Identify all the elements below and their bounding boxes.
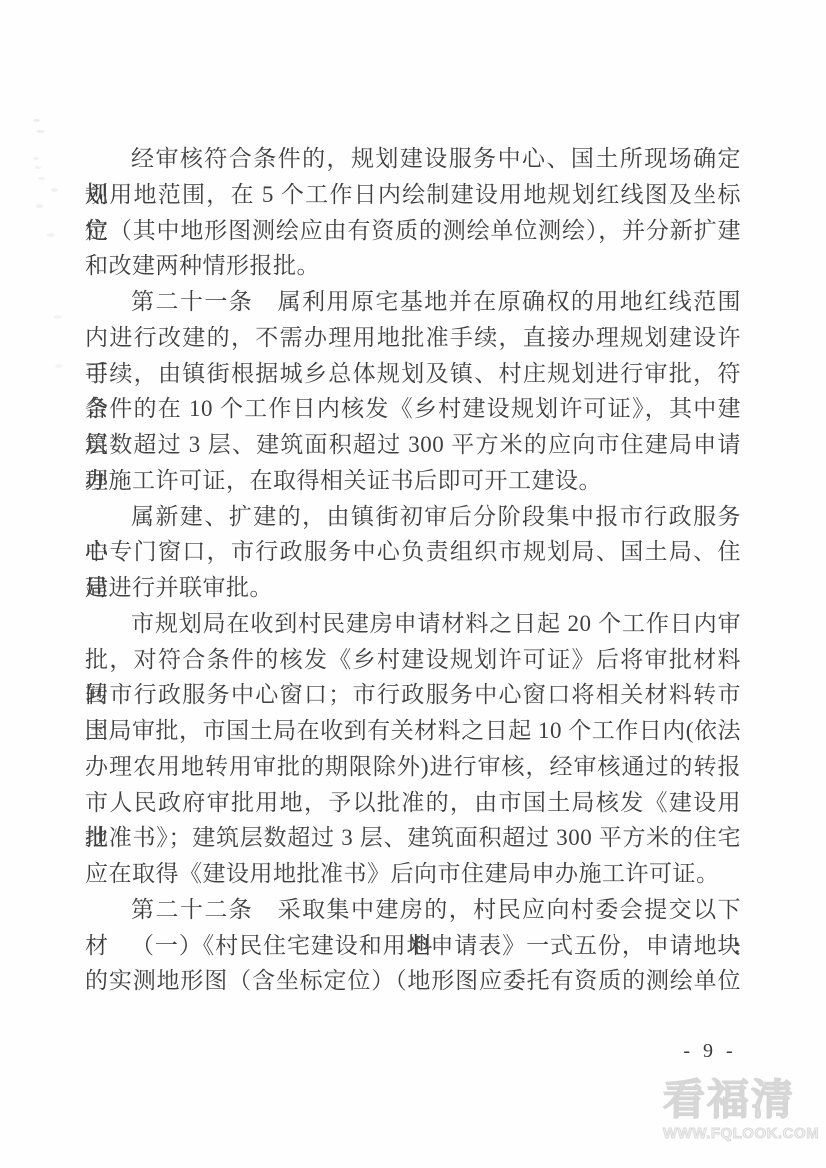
scan-speck: [55, 364, 63, 368]
watermark-logo: 看福清: [663, 1078, 813, 1124]
document-line: 位（其中地形图测绘应由有资质的测绘单位测绘），并分新扩建: [85, 213, 741, 249]
document-line: 条件的在 10 个工作日内核发《乡村建设规划许可证》，其中建筑: [85, 391, 741, 427]
document-line: 土局审批，市国土局在收到有关材料之日起 10 个工作日内(依法: [85, 713, 741, 749]
scan-speck: [35, 166, 41, 169]
document-line: 和改建两种情形报批。: [85, 248, 741, 284]
document-line: 批，对符合条件的核发《乡村建设规划许可证》后将审批材料转: [85, 642, 741, 678]
document-page: 经审核符合条件的，规划建设服务中心、国土所现场确定规划用地范围，在 5 个工作日…: [0, 0, 826, 1168]
document-line: 划用地范围，在 5 个工作日内绘制建设用地规划红线图及坐标定: [85, 177, 741, 213]
scan-speck: [36, 204, 43, 208]
watermark-url: WWW.FQLOOK.COM: [663, 1126, 813, 1142]
document-line: 经审核符合条件的，规划建设服务中心、国土所现场确定规: [85, 141, 741, 177]
document-line: 应在取得《建设用地批准书》后向市住建局申办施工许可证。: [85, 856, 741, 892]
document-line: 回市行政服务中心窗口；市行政服务中心窗口将相关材料转市国: [85, 677, 741, 713]
document-line: 第二十一条 属利用原宅基地并在原确权的用地红线范围: [85, 284, 741, 320]
document-line: （一）《村民住宅建设和用地申请表》一式五份，申请地块: [85, 928, 741, 964]
document-line: 第二十二条 采取集中建房的，村民应向村委会提交以下材料:: [85, 892, 741, 928]
scan-speck: [33, 119, 40, 122]
document-line: 层数超过 3 层、建筑面积超过 300 平方米的应向市住建局申请办: [85, 427, 741, 463]
document-line: 批准书》；建筑层数超过 3 层、建筑面积超过 300 平方米的住宅: [85, 820, 741, 856]
scan-speck: [38, 177, 45, 180]
scan-speck: [36, 130, 45, 133]
document-line: 属新建、扩建的，由镇街初审后分阶段集中报市行政服务中: [85, 499, 741, 535]
document-line: 市人民政府审批用地，予以批准的，由市国土局核发《建设用地: [85, 785, 741, 821]
watermark: 看福清 WWW.FQLOOK.COM: [663, 1078, 813, 1142]
scan-speck: [47, 233, 55, 237]
scan-speck: [33, 157, 39, 160]
document-line: 的实测地形图（含坐标定位）（地形图应委托有资质的测绘单位: [85, 963, 741, 999]
document-line: 市规划局在收到村民建房申请材料之日起 20 个工作日内审: [85, 606, 741, 642]
document-line: 心专门窗口，市行政服务中心负责组织市规划局、国土局、住建: [85, 534, 741, 570]
scan-speck: [51, 188, 58, 192]
document-line: 局进行并联审批。: [85, 570, 741, 606]
text-block: 经审核符合条件的，规划建设服务中心、国土所现场确定规划用地范围，在 5 个工作日…: [85, 141, 741, 999]
document-line: 内进行改建的，不需办理用地批准手续，直接办理规划建设许可: [85, 320, 741, 356]
document-line: 手续，由镇街根据城乡总体规划及镇、村庄规划进行审批，符合: [85, 356, 741, 392]
document-line: 理施工许可证，在取得相关证书后即可开工建设。: [85, 463, 741, 499]
scan-speck: [54, 315, 62, 319]
document-line: 办理农用地转用审批的期限除外)进行审核，经审核通过的转报: [85, 749, 741, 785]
page-number: - 9 -: [660, 1038, 760, 1064]
